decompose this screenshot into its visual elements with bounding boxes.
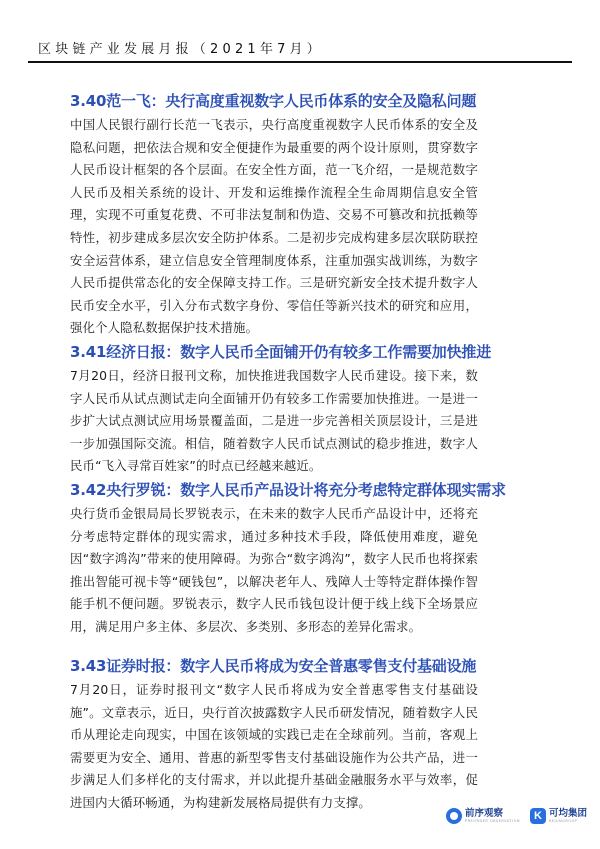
section-title: 3.42央行罗锐：数字人民币产品设计将充分考虑特定群体现实需求 (70, 479, 478, 501)
q-circle-logo-icon (446, 808, 462, 824)
header-divider (28, 61, 572, 63)
logo-preorder: 前序观察 PREORDER OBSERVATION (446, 808, 520, 824)
section-title: 3.40范一飞：央行高度重视数字人民币体系的安全及隐私问题 (70, 90, 478, 112)
logo-name: 前序观察 (465, 809, 520, 819)
section-3-42: 3.42央行罗锐：数字人民币产品设计将充分考虑特定群体现实需求 央行货币金银局局… (70, 479, 478, 639)
section-3-40: 3.40范一飞：央行高度重视数字人民币体系的安全及隐私问题 中国人民银行副行长范… (70, 90, 478, 340)
logo-kejun: K 可均集团 KEJUNGROUP (530, 808, 587, 824)
section-3-43: 3.43证券时报：数字人民币将成为安全普惠零售支付基础设施 7月20日，证券时报… (70, 655, 478, 815)
footer-logos: 前序观察 PREORDER OBSERVATION K 可均集团 KEJUNGR… (446, 808, 587, 824)
logo-name: 可均集团 (549, 809, 587, 819)
section-title: 3.41经济日报：数字人民币全面铺开仍有较多工作需要加快推进 (70, 341, 478, 363)
k-square-logo-icon: K (530, 808, 546, 824)
report-header-title: 区块链产业发展月报（2021年7月） (38, 38, 324, 57)
section-3-41: 3.41经济日报：数字人民币全面铺开仍有较多工作需要加快推进 7月20日，经济日… (70, 341, 478, 478)
logo-subtitle: PREORDER OBSERVATION (465, 820, 520, 824)
section-body: 7月20日，经济日报刊文称，加快推进我国数字人民币建设。接下来，数字人民币从试点… (70, 365, 478, 478)
section-title: 3.43证券时报：数字人民币将成为安全普惠零售支付基础设施 (70, 655, 478, 677)
logo-subtitle: KEJUNGROUP (549, 820, 587, 824)
section-body: 7月20日，证券时报刊文“数字人民币将成为安全普惠零售支付基础设施”。文章表示，… (70, 679, 478, 815)
section-body: 中国人民银行副行长范一飞表示，央行高度重视数字人民币体系的安全及隐私问题，把依法… (70, 114, 478, 340)
section-body: 央行货币金银局局长罗锐表示，在未来的数字人民币产品设计中，还将充分考虑特定群体的… (70, 503, 478, 639)
